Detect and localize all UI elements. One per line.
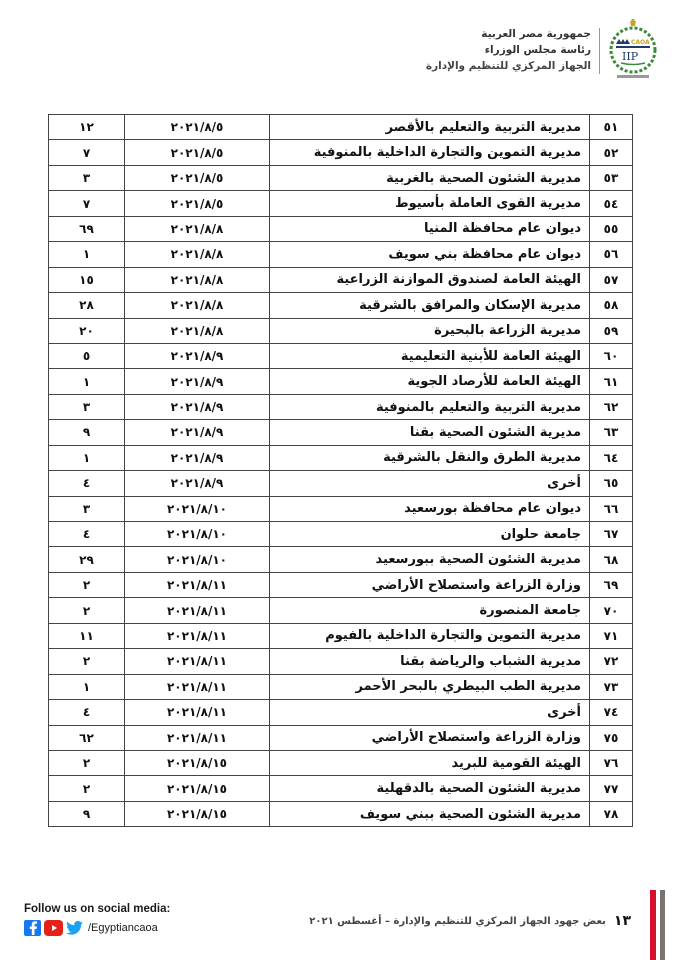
- table-row: ٥٤مديرية القوى العاملة بأسيوط٢٠٢١/٨/٥٧: [49, 191, 633, 216]
- table-row: ٧٠جامعة المنصورة٢٠٢١/٨/١١٢: [49, 598, 633, 623]
- table-row: ٥٣مديرية الشئون الصحية بالغربية٢٠٢١/٨/٥٣: [49, 165, 633, 190]
- row-index: ٦٣: [590, 420, 633, 445]
- row-count: ٩: [49, 801, 125, 826]
- row-date: ٢٠٢١/٨/٨: [125, 216, 270, 241]
- org-name-block: جمهورية مصر العربية رئاسة مجلس الوزراء ا…: [426, 26, 591, 74]
- row-count: ١٢: [49, 115, 125, 140]
- table-row: ٧٣مديرية الطب البيطري بالبحر الأحمر٢٠٢١/…: [49, 674, 633, 699]
- row-count: ٢: [49, 598, 125, 623]
- table-row: ٧٢مديرية الشباب والرياضة بقنا٢٠٢١/٨/١١٢: [49, 649, 633, 674]
- row-index: ٦٢: [590, 394, 633, 419]
- table-row: ٧٧مديرية الشئون الصحية بالدقهلية٢٠٢١/٨/١…: [49, 776, 633, 801]
- row-index: ٧٦: [590, 750, 633, 775]
- row-count: ٧: [49, 191, 125, 216]
- row-date: ٢٠٢١/٨/١٠: [125, 522, 270, 547]
- row-count: ٣: [49, 496, 125, 521]
- row-index: ٥٧: [590, 267, 633, 292]
- header-line-agency: الجهاز المركزي للتنظيم والإدارة: [426, 58, 591, 74]
- row-count: ١: [49, 369, 125, 394]
- row-date: ٢٠٢١/٨/١٥: [125, 801, 270, 826]
- row-index: ٦٦: [590, 496, 633, 521]
- row-index: ٧٨: [590, 801, 633, 826]
- table-row: ٥٩مديرية الزراعة بالبحيرة٢٠٢١/٨/٨٢٠: [49, 318, 633, 343]
- row-index: ٧٣: [590, 674, 633, 699]
- row-count: ١٥: [49, 267, 125, 292]
- row-index: ٧٥: [590, 725, 633, 750]
- table-row: ٥٨مديرية الإسكان والمرافق بالشرقية٢٠٢١/٨…: [49, 293, 633, 318]
- social-links: /Egyptiancaoa: [24, 920, 170, 936]
- row-date: ٢٠٢١/٨/٨: [125, 267, 270, 292]
- table-row: ٧٤أخرى٢٠٢١/٨/١١٤: [49, 700, 633, 725]
- row-count: ١: [49, 674, 125, 699]
- row-date: ٢٠٢١/٨/٥: [125, 140, 270, 165]
- row-count: ٢٨: [49, 293, 125, 318]
- entity-name: مديرية الطب البيطري بالبحر الأحمر: [270, 674, 590, 699]
- row-date: ٢٠٢١/٨/٩: [125, 420, 270, 445]
- row-count: ٤: [49, 522, 125, 547]
- twitter-icon[interactable]: [66, 920, 83, 936]
- entity-name: مديرية التربية والتعليم بالمنوفية: [270, 394, 590, 419]
- entity-name: ديوان عام محافظة بني سويف: [270, 242, 590, 267]
- row-index: ٥٢: [590, 140, 633, 165]
- row-count: ٢: [49, 750, 125, 775]
- table-row: ٦٨مديرية الشئون الصحية ببورسعيد٢٠٢١/٨/١٠…: [49, 547, 633, 572]
- table-row: ٦٢مديرية التربية والتعليم بالمنوفية٢٠٢١/…: [49, 394, 633, 419]
- row-date: ٢٠٢١/٨/١٠: [125, 496, 270, 521]
- entity-name: ديوان عام محافظة بورسعيد: [270, 496, 590, 521]
- header-line-cabinet: رئاسة مجلس الوزراء: [426, 42, 591, 58]
- table-row: ٥١مديرية التربية والتعليم بالأقصر٢٠٢١/٨/…: [49, 115, 633, 140]
- table-row: ٦٦ديوان عام محافظة بورسعيد٢٠٢١/٨/١٠٣: [49, 496, 633, 521]
- row-date: ٢٠٢١/٨/٥: [125, 191, 270, 216]
- row-date: ٢٠٢١/٨/٨: [125, 318, 270, 343]
- row-count: ٤: [49, 471, 125, 496]
- footer-caption-text: بعض جهود الجهاز المركزي للتنظيم والإدارة…: [309, 916, 606, 927]
- entity-name: مديرية القوى العاملة بأسيوط: [270, 191, 590, 216]
- row-date: ٢٠٢١/٨/١١: [125, 674, 270, 699]
- row-count: ٥: [49, 343, 125, 368]
- facebook-icon[interactable]: [24, 920, 41, 936]
- row-index: ٧٧: [590, 776, 633, 801]
- row-date: ٢٠٢١/٨/١١: [125, 623, 270, 648]
- caoa-iip-emblem-icon: CAOA IIP: [605, 18, 661, 82]
- row-date: ٢٠٢١/٨/١١: [125, 725, 270, 750]
- row-count: ٩: [49, 420, 125, 445]
- row-date: ٢٠٢١/٨/٩: [125, 394, 270, 419]
- row-index: ٥٣: [590, 165, 633, 190]
- row-count: ١: [49, 242, 125, 267]
- row-date: ٢٠٢١/٨/١٥: [125, 750, 270, 775]
- row-date: ٢٠٢١/٨/٨: [125, 242, 270, 267]
- row-count: ٧: [49, 140, 125, 165]
- svg-text:IIP: IIP: [622, 50, 639, 63]
- row-date: ٢٠٢١/٨/٥: [125, 115, 270, 140]
- row-date: ٢٠٢١/٨/٩: [125, 369, 270, 394]
- row-date: ٢٠٢١/٨/٩: [125, 445, 270, 470]
- row-count: ٢٩: [49, 547, 125, 572]
- row-index: ٧٠: [590, 598, 633, 623]
- row-date: ٢٠٢١/٨/٨: [125, 293, 270, 318]
- entity-name: مديرية الزراعة بالبحيرة: [270, 318, 590, 343]
- social-title: Follow us on social media:: [24, 903, 170, 915]
- table-row: ٧٦الهيئة القومية للبريد٢٠٢١/٨/١٥٢: [49, 750, 633, 775]
- row-count: ٢: [49, 572, 125, 597]
- entity-name: مديرية الشئون الصحية بالغربية: [270, 165, 590, 190]
- row-index: ٦٠: [590, 343, 633, 368]
- table-row: ٦٧جامعة حلوان٢٠٢١/٨/١٠٤: [49, 522, 633, 547]
- entity-name: وزارة الزراعة واستصلاح الأراضي: [270, 572, 590, 597]
- row-index: ٦١: [590, 369, 633, 394]
- entity-name: جامعة المنصورة: [270, 598, 590, 623]
- svg-text:CAOA: CAOA: [631, 39, 650, 46]
- entity-name: وزارة الزراعة واستصلاح الأراضي: [270, 725, 590, 750]
- row-index: ٥٥: [590, 216, 633, 241]
- row-date: ٢٠٢١/٨/١٠: [125, 547, 270, 572]
- row-index: ٥٦: [590, 242, 633, 267]
- row-date: ٢٠٢١/٨/١١: [125, 700, 270, 725]
- row-count: ٢: [49, 776, 125, 801]
- entity-name: مديرية التموين والتجارة الداخلية بالمنوف…: [270, 140, 590, 165]
- row-count: ٢٠: [49, 318, 125, 343]
- entity-name: مديرية الإسكان والمرافق بالشرقية: [270, 293, 590, 318]
- row-date: ٢٠٢١/٨/١٥: [125, 776, 270, 801]
- row-date: ٢٠٢١/٨/١١: [125, 649, 270, 674]
- row-index: ٧٤: [590, 700, 633, 725]
- row-index: ٥٩: [590, 318, 633, 343]
- table-row: ٦٤مديرية الطرق والنقل بالشرقية٢٠٢١/٨/٩١: [49, 445, 633, 470]
- row-date: ٢٠٢١/٨/١١: [125, 598, 270, 623]
- entity-name: ديوان عام محافظة المنيا: [270, 216, 590, 241]
- entity-name: أخرى: [270, 700, 590, 725]
- row-count: ٦٢: [49, 725, 125, 750]
- row-count: ٦٩: [49, 216, 125, 241]
- table-row: ٥٦ديوان عام محافظة بني سويف٢٠٢١/٨/٨١: [49, 242, 633, 267]
- row-count: ١: [49, 445, 125, 470]
- entity-name: مديرية الشئون الصحية بالدقهلية: [270, 776, 590, 801]
- table-row: ٥٥ديوان عام محافظة المنيا٢٠٢١/٨/٨٦٩: [49, 216, 633, 241]
- row-index: ٧٢: [590, 649, 633, 674]
- row-date: ٢٠٢١/٨/٩: [125, 471, 270, 496]
- entity-name: مديرية الشباب والرياضة بقنا: [270, 649, 590, 674]
- entity-name: الهيئة العامة للأرصاد الجوية: [270, 369, 590, 394]
- entity-name: مديرية الطرق والنقل بالشرقية: [270, 445, 590, 470]
- row-date: ٢٠٢١/٨/٥: [125, 165, 270, 190]
- entity-name: مديرية التموين والتجارة الداخلية بالفيوم: [270, 623, 590, 648]
- row-count: ٣: [49, 165, 125, 190]
- table-row: ٧١مديرية التموين والتجارة الداخلية بالفي…: [49, 623, 633, 648]
- table-row: ٧٨مديرية الشئون الصحية ببني سويف٢٠٢١/٨/١…: [49, 801, 633, 826]
- row-count: ٣: [49, 394, 125, 419]
- row-count: ١١: [49, 623, 125, 648]
- row-index: ٥٨: [590, 293, 633, 318]
- row-index: ٦٥: [590, 471, 633, 496]
- table-row: ٦٥أخرى٢٠٢١/٨/٩٤: [49, 471, 633, 496]
- header-divider: [599, 28, 600, 74]
- social-handle[interactable]: /Egyptiancaoa: [88, 922, 158, 934]
- table-row: ٦٠الهيئة العامة للأبنية التعليمية٢٠٢١/٨/…: [49, 343, 633, 368]
- table-row: ٦٩وزارة الزراعة واستصلاح الأراضي٢٠٢١/٨/١…: [49, 572, 633, 597]
- entity-name: أخرى: [270, 471, 590, 496]
- page-header: جمهورية مصر العربية رئاسة مجلس الوزراء ا…: [417, 14, 667, 86]
- row-index: ٦٧: [590, 522, 633, 547]
- table-row: ٧٥وزارة الزراعة واستصلاح الأراضي٢٠٢١/٨/١…: [49, 725, 633, 750]
- table-row: ٥٧الهيئة العامة لصندوق الموازنة الزراعية…: [49, 267, 633, 292]
- entity-name: الهيئة العامة لصندوق الموازنة الزراعية: [270, 267, 590, 292]
- page-footer-caption: ١٣ بعض جهود الجهاز المركزي للتنظيم والإد…: [309, 913, 631, 929]
- entity-name: مديرية التربية والتعليم بالأقصر: [270, 115, 590, 140]
- row-index: ٦٨: [590, 547, 633, 572]
- row-index: ٥٤: [590, 191, 633, 216]
- entity-name: الهيئة القومية للبريد: [270, 750, 590, 775]
- decorative-bar-red: [650, 890, 656, 960]
- header-line-country: جمهورية مصر العربية: [426, 26, 591, 42]
- row-index: ٦٩: [590, 572, 633, 597]
- entity-name: مديرية الشئون الصحية بقنا: [270, 420, 590, 445]
- page-number: ١٣: [614, 913, 631, 929]
- row-count: ٢: [49, 649, 125, 674]
- row-index: ٧١: [590, 623, 633, 648]
- entities-table: ٥١مديرية التربية والتعليم بالأقصر٢٠٢١/٨/…: [48, 114, 632, 827]
- entity-name: جامعة حلوان: [270, 522, 590, 547]
- social-media-block: Follow us on social media: /Egyptiancaoa: [24, 903, 170, 936]
- entity-name: مديرية الشئون الصحية ببني سويف: [270, 801, 590, 826]
- table-row: ٦١الهيئة العامة للأرصاد الجوية٢٠٢١/٨/٩١: [49, 369, 633, 394]
- entity-name: الهيئة العامة للأبنية التعليمية: [270, 343, 590, 368]
- row-date: ٢٠٢١/٨/٩: [125, 343, 270, 368]
- entity-name: مديرية الشئون الصحية ببورسعيد: [270, 547, 590, 572]
- row-index: ٥١: [590, 115, 633, 140]
- row-date: ٢٠٢١/٨/١١: [125, 572, 270, 597]
- row-index: ٦٤: [590, 445, 633, 470]
- decorative-bar-gray: [660, 890, 665, 960]
- table-row: ٦٣مديرية الشئون الصحية بقنا٢٠٢١/٨/٩٩: [49, 420, 633, 445]
- table-row: ٥٢مديرية التموين والتجارة الداخلية بالمن…: [49, 140, 633, 165]
- youtube-icon[interactable]: [44, 920, 63, 936]
- row-count: ٤: [49, 700, 125, 725]
